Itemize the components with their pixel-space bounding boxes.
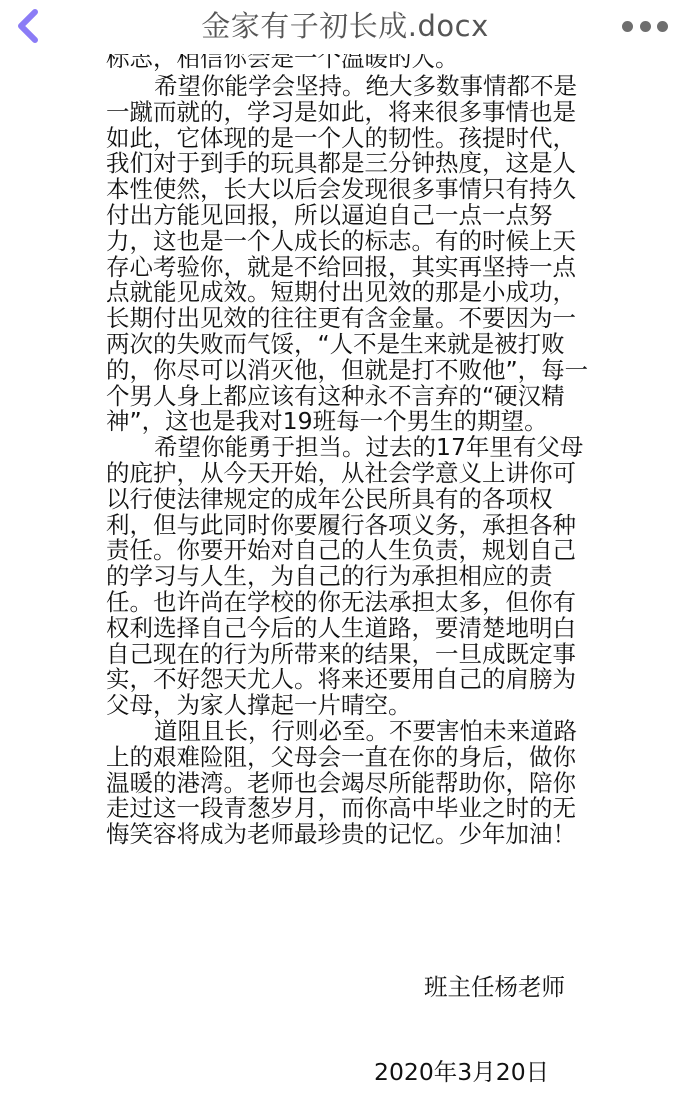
- text-line: 责任。你要开始对自己的人生负责，规划自己: [106, 538, 586, 564]
- text-line: 上的艰难险阻，父母会一直在你的身后，做你: [106, 745, 586, 771]
- text-line: 的学习与人生，为自己的行为承担相应的责: [106, 564, 586, 590]
- more-dot-icon: [657, 21, 668, 32]
- text-line: 力，这也是一个人成长的标志。有的时候上天: [106, 229, 586, 255]
- text-line: 利，但与此同时你要履行各项义务，承担各种: [106, 513, 586, 539]
- text-line: 我们对于到手的玩具都是三分钟热度，这是人: [106, 151, 586, 177]
- text-line: 个男人身上都应该有这种永不言弃的“硬汉精: [106, 384, 586, 410]
- text-line: 希望你能学会坚持。绝大多数事情都不是: [106, 74, 586, 100]
- text-line: 任。也许尚在学校的你无法承担太多，但你有: [106, 590, 586, 616]
- text-line: 的庇护，从今天开始，从社会学意义上讲你可: [106, 461, 586, 487]
- document-title: 金家有子初长成.docx: [0, 6, 690, 46]
- text-line: 一蹴而就的，学习是如此，将来很多事情也是: [106, 100, 586, 126]
- text-line: 实，不好怨天尤人。将来还要用自己的肩膀为: [106, 667, 586, 693]
- more-options-button[interactable]: [622, 14, 668, 38]
- document-body: 标志，相信你会是一个温暖的人。 希望你能学会坚持。绝大多数事情都不是一蹴而就的，…: [106, 54, 586, 848]
- text-line: 悔笑容将成为老师最珍贵的记忆。少年加油！: [106, 822, 586, 848]
- text-line: 长期付出见效的往往更有含金量。不要因为一: [106, 306, 586, 332]
- signature: 班主任杨老师: [424, 968, 565, 1002]
- more-dot-icon: [640, 21, 651, 32]
- text-line: 如此，它体现的是一个人的韧性。孩提时代，: [106, 126, 586, 152]
- text-line: 神”，这也是我对19班每一个男生的期望。: [106, 409, 586, 435]
- text-line: 走过这一段青葱岁月，而你高中毕业之时的无: [106, 796, 586, 822]
- text-line: 点就能见成效。短期付出见效的那是小成功，: [106, 280, 586, 306]
- more-dot-icon: [622, 21, 633, 32]
- text-line: 以行使法律规定的成年公民所具有的各项权: [106, 487, 586, 513]
- text-line: 存心考验你，就是不给回报，其实再坚持一点: [106, 255, 586, 281]
- text-line: 自己现在的行为所带来的结果，一旦成既定事: [106, 642, 586, 668]
- text-line: 的，你尽可以消灭他，但就是打不败他”，每一: [106, 358, 586, 384]
- text-line: 本性使然，长大以后会发现很多事情只有持久: [106, 177, 586, 203]
- partial-line-text: 标志，相信你会是一个温暖的人。: [106, 54, 459, 72]
- document-date: 2020年3月20日: [374, 1053, 549, 1087]
- paragraph-lines: 希望你能学会坚持。绝大多数事情都不是一蹴而就的，学习是如此，将来很多事情也是如此…: [106, 74, 586, 848]
- partial-line: 标志，相信你会是一个温暖的人。: [106, 54, 586, 74]
- text-line: 权利选择自己今后的人生道路，要清楚地明白: [106, 616, 586, 642]
- text-line: 温暖的港湾。老师也会竭尽所能帮助你，陪你: [106, 771, 586, 797]
- text-line: 两次的失败而气馁，“人不是生来就是被打败: [106, 332, 586, 358]
- text-line: 父母，为家人撑起一片晴空。: [106, 693, 586, 719]
- top-navigation-bar: 金家有子初长成.docx: [0, 0, 690, 52]
- text-line: 希望你能勇于担当。过去的17年里有父母: [106, 435, 586, 461]
- text-line: 付出方能见回报，所以逼迫自己一点一点努: [106, 203, 586, 229]
- text-line: 道阻且长，行则必至。不要害怕未来道路: [106, 719, 586, 745]
